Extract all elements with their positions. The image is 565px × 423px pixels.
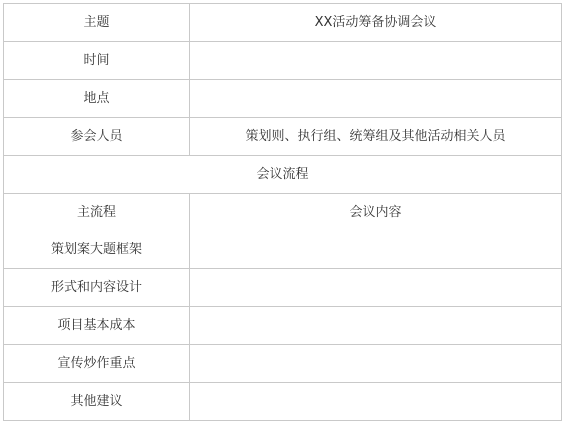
time-value[interactable] [190, 42, 562, 80]
process-item-label: 形式和内容设计 [4, 269, 190, 307]
process-item-label: 其他建议 [4, 383, 190, 421]
table-row-time: 时间 [4, 42, 562, 80]
attendees-label: 参会人员 [4, 118, 190, 156]
process-header-value: 会议内容 [190, 194, 561, 231]
time-label: 时间 [4, 42, 190, 80]
process-item-value[interactable] [190, 269, 562, 307]
table-row-attendees: 参会人员 策划则、执行组、统筹组及其他活动相关人员 [4, 118, 562, 156]
process-header-label: 主流程 [4, 194, 189, 231]
topic-value[interactable]: XX活动筹备协调会议 [190, 4, 562, 42]
location-value[interactable] [190, 80, 562, 118]
topic-label: 主题 [4, 4, 190, 42]
table-row-process: 其他建议 [4, 383, 562, 421]
section-title: 会议流程 [4, 156, 562, 194]
process-item-value[interactable] [190, 307, 562, 345]
attendees-value[interactable]: 策划则、执行组、统筹组及其他活动相关人员 [190, 118, 562, 156]
process-item-value[interactable] [190, 383, 562, 421]
process-item-label: 宣传炒作重点 [4, 345, 190, 383]
table-row-process-header: 主流程 策划案大题框架 会议内容 [4, 194, 562, 269]
table-row-process: 形式和内容设计 [4, 269, 562, 307]
process-header-cell: 主流程 策划案大题框架 [4, 194, 190, 269]
table-row-topic: 主题 XX活动筹备协调会议 [4, 4, 562, 42]
table-row-location: 地点 [4, 80, 562, 118]
process-item-value[interactable] [190, 345, 562, 383]
process-header-content-cell[interactable]: 会议内容 [190, 194, 562, 269]
table-row-section-title: 会议流程 [4, 156, 562, 194]
process-item-label: 策划案大题框架 [4, 231, 189, 268]
meeting-agenda-table: 主题 XX活动筹备协调会议 时间 地点 参会人员 策划则、执行组、统筹组及其他活… [3, 3, 562, 421]
process-item-label: 项目基本成本 [4, 307, 190, 345]
table-row-process: 宣传炒作重点 [4, 345, 562, 383]
table-row-process: 项目基本成本 [4, 307, 562, 345]
location-label: 地点 [4, 80, 190, 118]
